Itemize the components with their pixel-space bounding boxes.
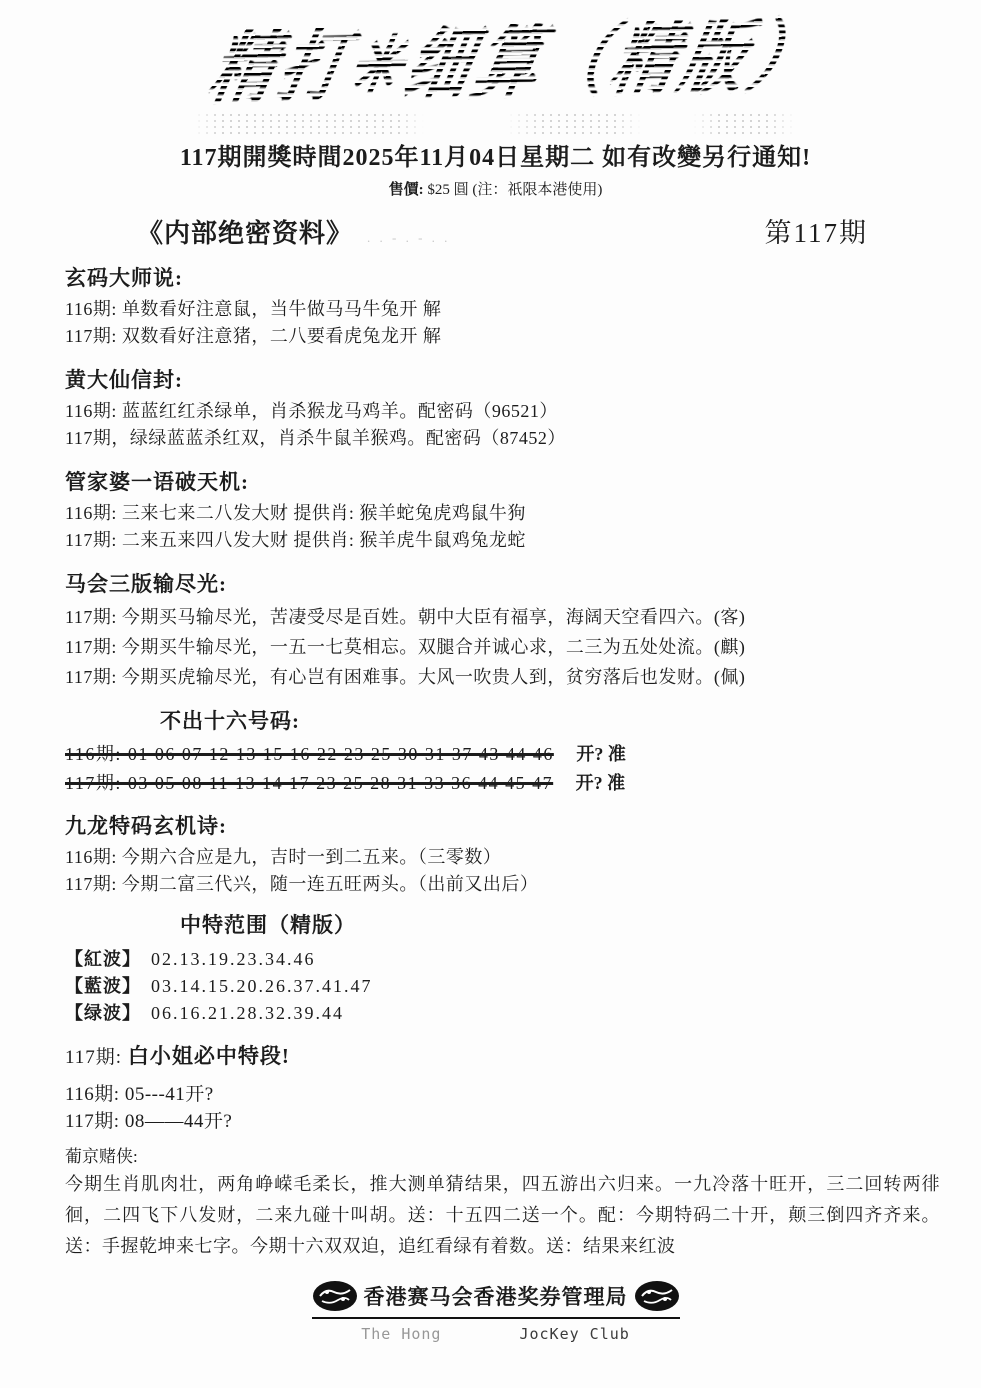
price-note: $25 圓 (注：祇限本港使用)	[424, 182, 603, 198]
segment-lines: 116期: 05---41开? 117期: 08——44开?	[65, 1081, 926, 1135]
poem-line: 117期: 今期二富三代兴，随一连五旺两头。（出前又出后）	[65, 871, 926, 898]
result-suffix: 开? 准	[576, 773, 626, 793]
tip-line: 116期: 单数看好注意鼠，当牛做马马牛兔开 解	[65, 296, 926, 323]
green-wave-label: 【绿波】	[65, 1000, 141, 1027]
section-shujinguang: 马会三版输尽光: 117期: 今期买马输尽光，苦凄受尽是百姓。朝中大臣有福享，海…	[65, 570, 926, 692]
section-heading: 中特范围（精版）	[180, 910, 926, 940]
verse-line: 117期: 今期买牛输尽光，一五一七莫相忘。双腿合并诚心求，二三为五处处流。(麒…	[65, 632, 926, 662]
tip-line: 117期: 双数看好注意猪，二八要看虎兔龙开 解	[65, 323, 926, 350]
tip-line: 116期: 三来七来二八发大财 提供肖: 猴羊蛇兔虎鸡鼠牛狗	[65, 500, 926, 527]
section-heading: 马会三版输尽光:	[65, 570, 926, 598]
segment-line: 116期: 05---41开?	[65, 1081, 926, 1108]
section-zhongte-range: 中特范围（精版） 【紅波】 02.13.19.23.34.46 【藍波】 03.…	[65, 910, 926, 1027]
blue-wave-numbers: 03.14.15.20.26.37.41.47	[151, 973, 373, 1000]
masthead-art: 精打✳细算（精版）	[155, 20, 795, 130]
section-heading: 不出十六号码:	[160, 706, 926, 736]
lottery-tip-sheet-page: 精打✳细算（精版） 117期開獎時間2025年11月04日星期二 如有改變另行通…	[0, 0, 981, 1388]
segment-line: 117期: 08——44开?	[65, 1108, 926, 1135]
issue-number: 第117期	[765, 211, 869, 250]
section-sixteen-numbers: 不出十六号码: 116期: 01 06 07 12 13 15 16 22 23…	[65, 706, 926, 798]
hkjc-oval-emblem-icon	[312, 1278, 358, 1314]
green-wave-numbers: 06.16.21.28.32.39.44	[151, 1000, 344, 1027]
masthead-title: 精打✳细算（精版）	[195, 0, 852, 120]
wave-row-green: 【绿波】 06.16.21.28.32.39.44	[65, 1000, 926, 1027]
section-heading: 黄大仙信封:	[65, 366, 926, 394]
org-name: 香港赛马会香港奖券管理局	[364, 1281, 628, 1311]
tip-line: 116期: 蓝蓝红红杀绿单，肖杀猴龙马鸡羊。配密码（96521）	[65, 398, 926, 425]
number-row: 117期: 03 05 08 11 13 14 17 23 25 28 31 3…	[65, 769, 926, 798]
section-pujing: 葡京赌侠: 今期生肖肌肉壮，两角峥嵘毛柔长，推大测单猜结果，四五游出六归来。一九…	[65, 1145, 926, 1262]
draw-date-notice: 117期開獎時間2025年11月04日星期二 如有改變另行通知!	[65, 142, 926, 175]
struck-numbers: 116期: 01 06 07 12 13 15 16 22 23 25 30 3…	[65, 744, 554, 764]
price-line: 售價: $25 圓 (注：祇限本港使用)	[65, 180, 926, 201]
hkjc-latin-name-row: The Hong JocKey Club	[361, 1325, 630, 1343]
blue-wave-label: 【藍波】	[65, 973, 141, 1000]
section-heading: 117期: 白小姐必中特段!	[65, 1041, 926, 1073]
tip-line: 117期，绿绿蓝蓝杀红双，肖杀牛鼠羊猴鸡。配密码（87452）	[65, 425, 926, 452]
verse-line: 117期: 今期买虎输尽光，有心岂有困难事。大风一吹贵人到，贫穷落后也发财。(佩…	[65, 662, 926, 692]
section-heading: 九龙特码玄机诗:	[65, 812, 926, 840]
scan-artifact-dots: . . - . - . .	[367, 230, 450, 246]
section-heading: 葡京赌侠:	[65, 1145, 926, 1169]
scan-noise-speckles	[155, 112, 795, 136]
latin-name-left: The Hong	[361, 1325, 441, 1343]
wave-row-blue: 【藍波】 03.14.15.20.26.37.41.47	[65, 973, 926, 1000]
red-wave-label: 【紅波】	[65, 946, 141, 973]
section-heading: 玄码大师说:	[65, 264, 926, 292]
result-suffix: 开? 准	[576, 744, 626, 764]
verse-line: 117期: 今期买马输尽光，苦凄受尽是百姓。朝中大臣有福享，海阔天空看四六。(客…	[65, 602, 926, 632]
section-guanjiapo: 管家婆一语破天机: 116期: 三来七来二八发大财 提供肖: 猴羊蛇兔虎鸡鼠牛狗…	[65, 468, 926, 554]
hkjc-oval-emblem-icon	[634, 1278, 680, 1314]
section-master-says: 玄码大师说: 116期: 单数看好注意鼠，当牛做马马牛兔开 解 117期: 双数…	[65, 264, 926, 350]
red-wave-numbers: 02.13.19.23.34.46	[151, 946, 316, 973]
document-title-row: 《内部绝密资料》 . . - . - . . 第117期	[65, 211, 926, 246]
tip-line: 117期: 二来五来四八发大财 提供肖: 猴羊虎牛鼠鸡兔龙蛇	[65, 527, 926, 554]
document-title: 《内部绝密资料》	[137, 213, 353, 250]
section-baixiaojie: 117期: 白小姐必中特段! 116期: 05---41开? 117期: 08—…	[65, 1041, 926, 1135]
section-heading: 管家婆一语破天机:	[65, 468, 926, 496]
price-label: 售價:	[389, 182, 424, 198]
pujing-verse-paragraph: 今期生肖肌肉壮，两角峥嵘毛柔长，推大测单猜结果，四五游出六归来。一九冷落十旺开，…	[65, 1169, 940, 1262]
section-kowloon-poem: 九龙特码玄机诗: 116期: 今期六合应是九，吉时一到二五来。（三零数） 117…	[65, 812, 926, 898]
number-row: 116期: 01 06 07 12 13 15 16 22 23 25 30 3…	[65, 740, 926, 769]
heading-emphasis: 白小姐必中特段!	[128, 1044, 290, 1068]
issue-prefix: 117期:	[65, 1047, 128, 1068]
wave-row-red: 【紅波】 02.13.19.23.34.46	[65, 946, 926, 973]
hkjc-logo-row: 香港赛马会香港奖券管理局	[312, 1278, 680, 1319]
poem-line: 116期: 今期六合应是九，吉时一到二五来。（三零数）	[65, 844, 926, 871]
section-wong-tai-sin: 黄大仙信封: 116期: 蓝蓝红红杀绿单，肖杀猴龙马鸡羊。配密码（96521） …	[65, 366, 926, 452]
struck-numbers: 117期: 03 05 08 11 13 14 17 23 25 28 31 3…	[65, 773, 553, 793]
latin-name-right: JocKey Club	[519, 1325, 629, 1343]
